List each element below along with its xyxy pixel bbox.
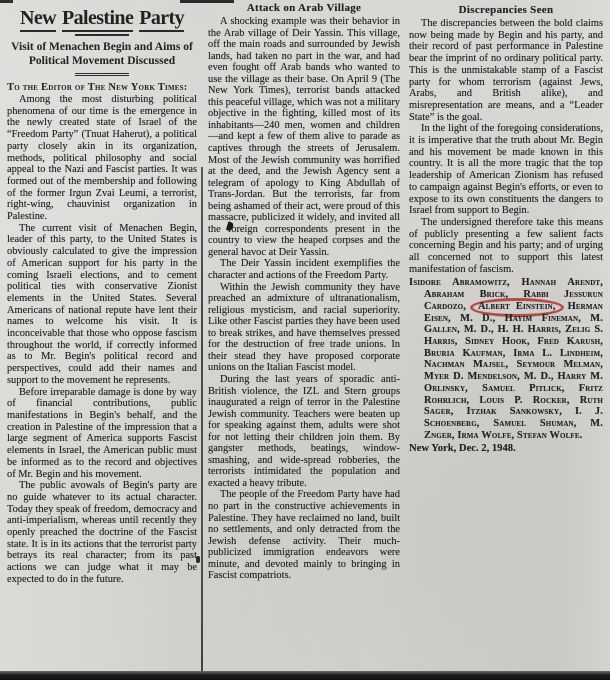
headline-word: Palestine bbox=[62, 7, 133, 32]
headline-rule bbox=[75, 34, 129, 36]
headline-word: New bbox=[20, 7, 56, 32]
scan-artifact-corner bbox=[0, 0, 13, 3]
signatures-after: Herman Eisen, M. D., Hayim Fineman, M. G… bbox=[424, 301, 603, 441]
column-2-header: Attack on Arab Village bbox=[208, 2, 400, 14]
body-paragraph: The Deir Yassin incident exemplifies the… bbox=[208, 258, 400, 281]
newspaper-clipping: NewPalestineParty Visit of Menachen Begi… bbox=[0, 0, 610, 680]
body-paragraph: The current visit of Menachen Begin, lea… bbox=[7, 223, 197, 387]
signature-list: Isidore Abramowitz, Hannah Arendt, Abrah… bbox=[409, 277, 603, 441]
headline: NewPalestineParty bbox=[7, 7, 197, 30]
subhead: Visit of Menachen Begin and Aims of Poli… bbox=[9, 41, 195, 68]
salutation: To the Editor of The New York Times: bbox=[7, 82, 197, 93]
bottom-scan-bar bbox=[0, 671, 610, 680]
body-paragraph: The undersigned therefore take this mean… bbox=[409, 217, 603, 276]
body-paragraph: In the light of the foregoing considerat… bbox=[409, 123, 603, 217]
body-paragraph: The people of the Freedom Party have had… bbox=[208, 489, 400, 581]
signature-albert-einstein: Albert Einstein, bbox=[478, 301, 556, 312]
body-paragraph: Before irreparable damage is done by way… bbox=[7, 387, 197, 481]
letter-column-2: Attack on Arab Village A shocking exampl… bbox=[208, 2, 400, 582]
headline-word: Party bbox=[139, 7, 184, 32]
column-divider-rule bbox=[201, 167, 203, 672]
body-paragraph: Among the most disturbing political phen… bbox=[7, 94, 197, 223]
letter-column-1: NewPalestineParty Visit of Menachen Begi… bbox=[7, 5, 197, 586]
body-paragraph: During the last years of sporadic anti-B… bbox=[208, 374, 400, 489]
body-paragraph: The discrepancies between the bold claim… bbox=[409, 18, 603, 123]
body-paragraph: A shocking example was their behavior in… bbox=[208, 16, 400, 258]
dateline: New York, Dec. 2, 1948. bbox=[409, 443, 603, 454]
letter-column-3: Discrepancies Seen The discrepancies bet… bbox=[409, 4, 603, 454]
subhead-rule bbox=[75, 73, 129, 76]
body-paragraph: The public avowals of Begin's party are … bbox=[7, 480, 197, 585]
body-paragraph: Within the Jewish community they have pr… bbox=[208, 282, 400, 374]
column-3-header: Discrepancies Seen bbox=[409, 4, 603, 16]
